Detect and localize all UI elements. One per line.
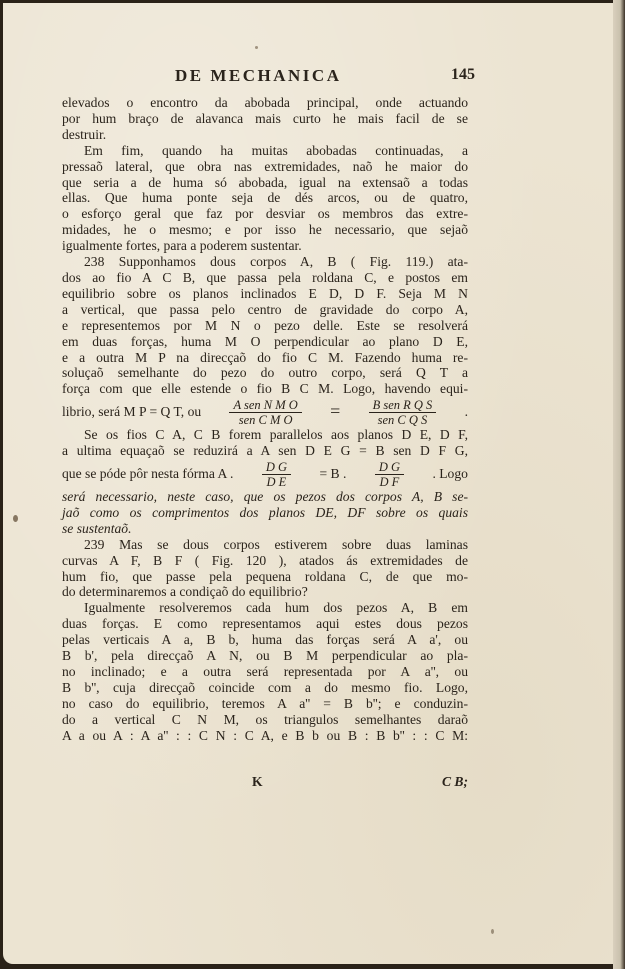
page-header: DE MECHANICA 145 <box>55 66 475 86</box>
text-line: curvas A F, B F ( Fig. 120 ), atados ás … <box>62 553 468 569</box>
fraction-left: D G D E <box>262 460 291 489</box>
text-line: igualmente fortes, para a poderem susten… <box>62 238 468 254</box>
text-line: no caso do equilibrio, teremos A a'' = B… <box>62 696 468 712</box>
fraction-denominator: sen C Q S <box>374 413 432 427</box>
running-title: DE MECHANICA <box>175 66 341 86</box>
paragraph-igualmente: Igualmente resolveremos cada hum dos pez… <box>62 600 468 743</box>
text-line: elevados o encontro da abobada principal… <box>62 95 468 111</box>
fraction-numerator: D G <box>375 460 404 475</box>
equation-prefix: que se póde pôr nesta fórma A . <box>62 466 233 482</box>
equals-sign: = <box>330 404 340 420</box>
text-line: do determinaremos a condiçaõ do equilibr… <box>62 584 468 600</box>
text-line: Se os fios C A, C B forem parallelos aos… <box>62 427 468 443</box>
text-line: no inclinado; e a outra será representad… <box>62 664 468 680</box>
text-line: e a outra M P na direcçaõ do fio C M. Fa… <box>62 350 468 366</box>
paper-speck <box>491 929 494 934</box>
text-line: a ultima equaçaõ se reduzirá a A sen D E… <box>62 443 468 459</box>
text-line: se sustentaõ. <box>62 521 468 537</box>
text-line: em duas forças, huma M O perpendicular a… <box>62 334 468 350</box>
text-line: B b', pela direcçaõ A N, ou B M perpendi… <box>62 648 468 664</box>
equation-sine-ratio: librio, será M P = Q T, ou A sen N M O s… <box>62 397 468 427</box>
fraction-right: B sen R Q S sen C Q S <box>369 398 437 427</box>
text-line: A a ou A : A a'' : : C N : C A, e B b ou… <box>62 728 468 744</box>
equation-suffix: . <box>465 404 468 420</box>
paper-speck <box>13 515 18 522</box>
fraction-left: A sen N M O sen C M O <box>229 398 301 427</box>
text-line: dos ao fio A C B, que passa pela roldana… <box>62 270 468 286</box>
text-line: Em fim, quando ha muitas abobadas contin… <box>62 143 468 159</box>
text-line: hum fio, que passe pela pequena roldana … <box>62 569 468 585</box>
page-footer: K C B; <box>62 774 468 792</box>
catchword: C B; <box>442 774 468 790</box>
text-line: ellas. Que huma ponte seja de dés arcos,… <box>62 190 468 206</box>
page-edge-strip <box>613 0 625 969</box>
text-line: B b'', cuja direcçaõ coincide com a do m… <box>62 680 468 696</box>
fraction-denominator: D E <box>263 475 291 489</box>
text-line: será necessario, neste caso, que os pezo… <box>62 489 468 505</box>
paragraph-section-238: 238 Supponhamos dous corpos A, B ( Fig. … <box>62 254 468 427</box>
text-line: do a vertical C N M, os triangulos semel… <box>62 712 468 728</box>
text-line: por hum braço de alavanca mais curto he … <box>62 111 468 127</box>
text-line: e representemos por M N o pezo delle. Es… <box>62 318 468 334</box>
equation-middle: = B . <box>319 466 346 482</box>
paper-speck <box>255 46 258 49</box>
fraction-numerator: B sen R Q S <box>369 398 437 413</box>
paragraph-em-fim: Em fim, quando ha muitas abobadas contin… <box>62 143 468 254</box>
text-line: jaõ como os comprimentos dos planos DE, … <box>62 505 468 521</box>
fraction-numerator: D G <box>262 460 291 475</box>
equation-proportion: que se póde pôr nesta fórma A . D G D E … <box>62 459 468 489</box>
text-line: 239 Mas se dous corpos estiverem sobre d… <box>62 537 468 553</box>
text-line: Igualmente resolveremos cada hum dos pez… <box>62 600 468 616</box>
fraction-denominator: D F <box>376 475 404 489</box>
text-line: a vertical, que passa pelo centro de gra… <box>62 302 468 318</box>
equation-prefix: librio, será M P = Q T, ou <box>62 404 201 420</box>
text-line: duas forças. E como representamos aqui e… <box>62 616 468 632</box>
text-line: 238 Supponhamos dous corpos A, B ( Fig. … <box>62 254 468 270</box>
paragraph-continuation: elevados o encontro da abobada principal… <box>62 95 468 143</box>
paragraph-se-os-fios: Se os fios C A, C B forem parallelos aos… <box>62 427 468 537</box>
text-line: pelas verticais A a, B b, huma das força… <box>62 632 468 648</box>
text-line: destruir. <box>62 127 468 143</box>
fraction-right: D G D F <box>375 460 404 489</box>
fraction-numerator: A sen N M O <box>229 398 301 413</box>
text-line: equilibrio sobre os planos inclinados E … <box>62 286 468 302</box>
text-line: força com que elle estende o fio B C M. … <box>62 381 468 397</box>
text-line: o esforço geral que faz por desviar os m… <box>62 206 468 222</box>
text-line: soluçaõ semelhante do pezo do outro corp… <box>62 365 468 381</box>
fraction-denominator: sen C M O <box>235 413 297 427</box>
text-line: pressaõ lateral, que obra nas extremidad… <box>62 159 468 175</box>
paragraph-section-239: 239 Mas se dous corpos estiverem sobre d… <box>62 537 468 601</box>
equation-suffix: . Logo <box>432 466 468 482</box>
page-number: 145 <box>451 66 475 84</box>
body-text: elevados o encontro da abobada principal… <box>62 95 468 744</box>
text-line: que seria a de huma só abobada, igual na… <box>62 175 468 191</box>
signature-mark: K <box>252 774 263 790</box>
text-line: midades, he o mesmo; e por isso he neces… <box>62 222 468 238</box>
